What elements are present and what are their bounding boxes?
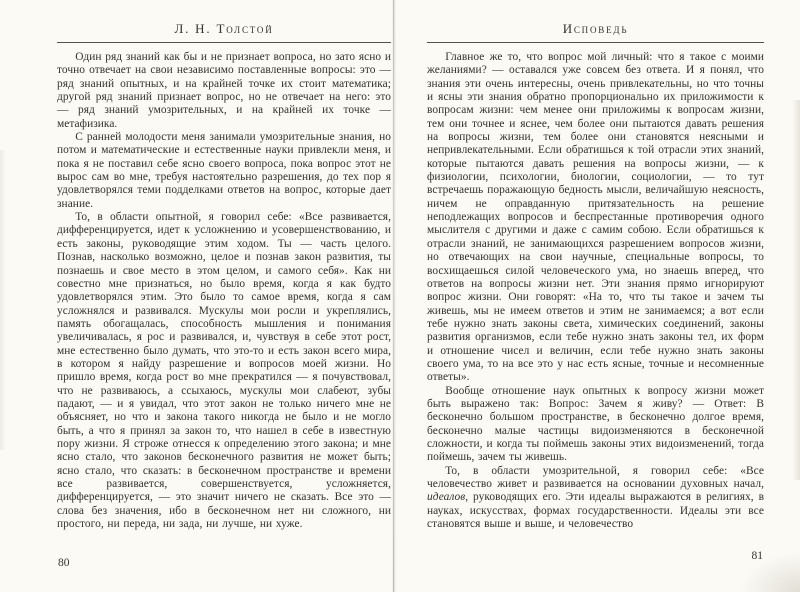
paragraph: То, в области опытной, я говорил себе: «…	[57, 211, 391, 531]
text-segment: , руководящих его. Эти идеалы выражаются…	[427, 491, 764, 530]
text-segment: То, в области опытной, я говорил себе: «…	[57, 211, 391, 530]
right-page: Исповедь Главное же то, что вопрос мой л…	[400, 0, 800, 592]
paragraph: То, в области умозрительной, я говорил с…	[427, 465, 764, 532]
text-segment: С ранней молодости меня занимали умозрит…	[57, 131, 391, 210]
book-gutter-line	[393, 0, 394, 592]
text-segment: То, в области умозрительной, я говорил с…	[427, 465, 764, 490]
paragraph: Главное же то, что вопрос мой личный: чт…	[427, 51, 764, 385]
left-page-running-header: Л. Н. Толстой	[57, 21, 391, 43]
left-page: Л. Н. Толстой Один ряд знаний как бы и н…	[0, 0, 400, 592]
text-segment: Главное же то, что вопрос мой личный: чт…	[427, 51, 764, 383]
left-page-text: Один ряд знаний как бы и не признает воп…	[57, 51, 391, 531]
right-page-running-header: Исповедь	[427, 21, 764, 43]
text-segment: Один ряд знаний как бы и не признает воп…	[57, 51, 391, 130]
right-page-text: Главное же то, что вопрос мой личный: чт…	[427, 51, 764, 531]
paragraph: Вообще отношение наук опытных к вопросу …	[427, 385, 764, 465]
book-spread: Л. Н. Толстой Один ряд знаний как бы и н…	[0, 0, 800, 592]
right-page-number: 81	[752, 550, 764, 562]
text-segment: Вообще отношение наук опытных к вопросу …	[427, 385, 764, 464]
paragraph: С ранней молодости меня занимали умозрит…	[57, 131, 391, 211]
left-page-number: 80	[58, 557, 70, 569]
italic-text-segment: идеалов	[427, 491, 465, 503]
paragraph: Один ряд знаний как бы и не признает воп…	[57, 51, 391, 131]
